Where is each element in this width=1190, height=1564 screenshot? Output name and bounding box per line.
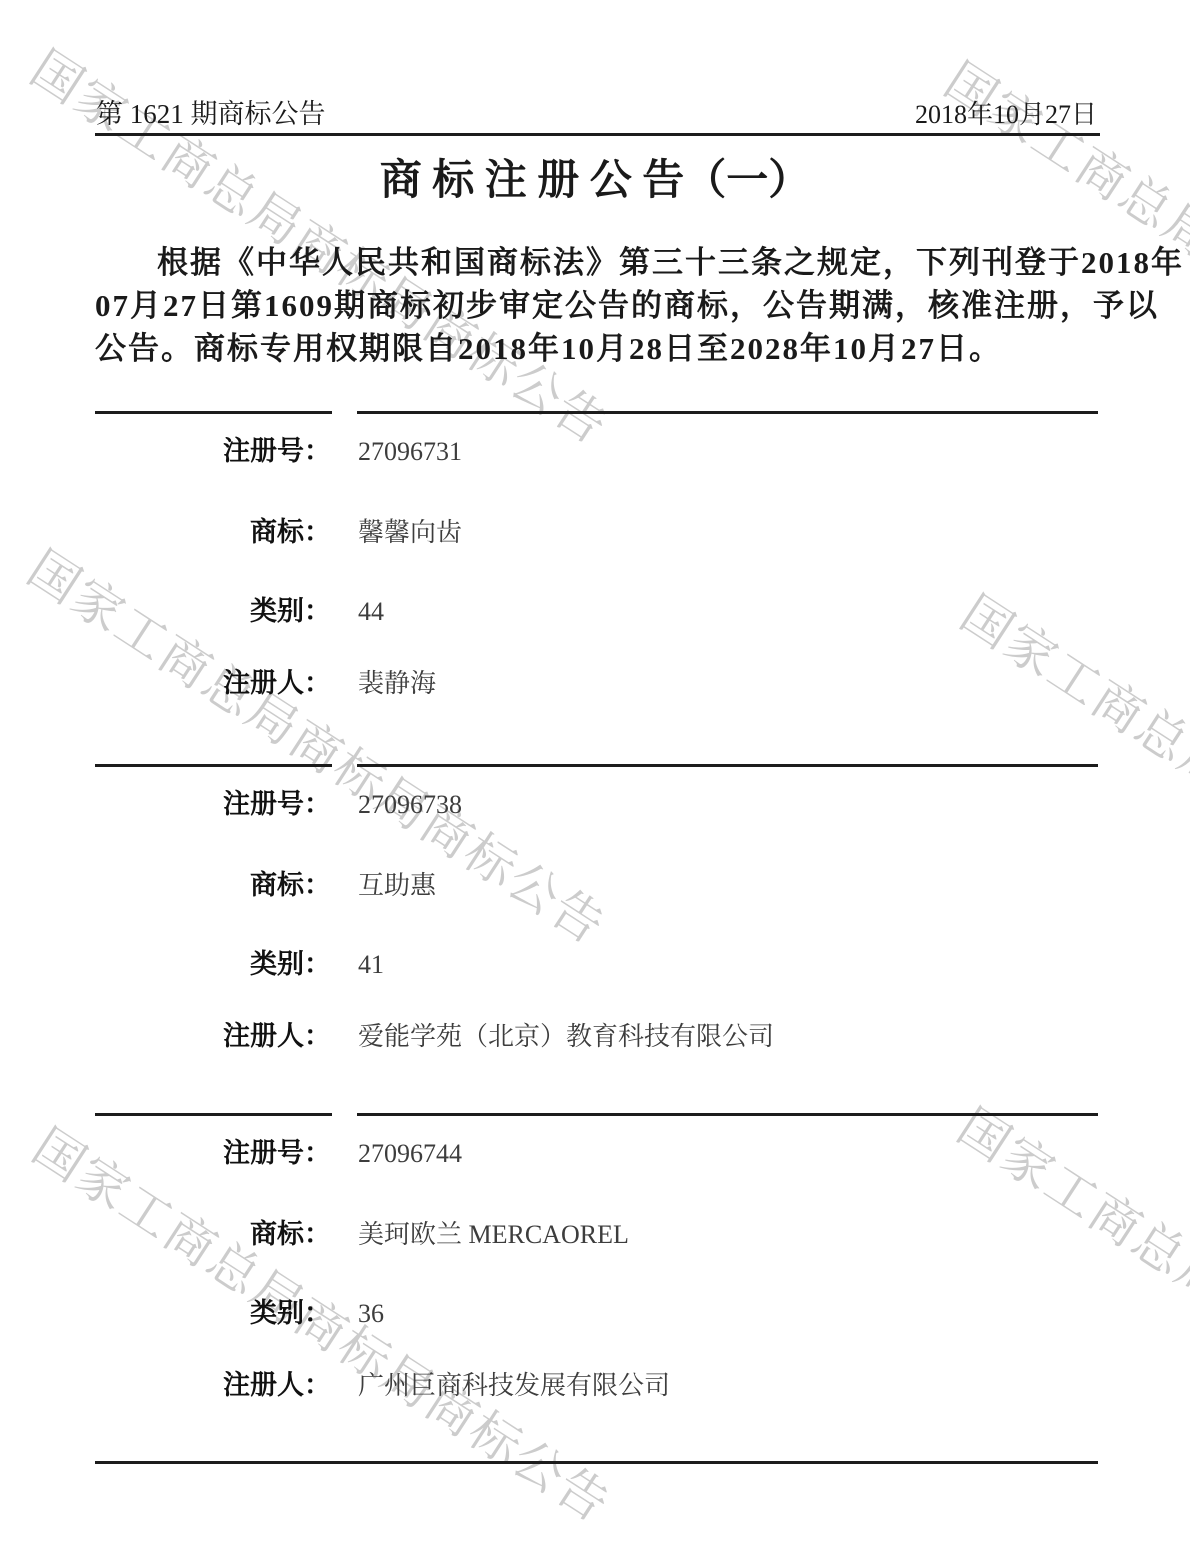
record-row-trademark: 商标：互助惠 <box>95 863 436 902</box>
record-row-registrant: 注册人：爱能学苑（北京）教育科技有限公司 <box>95 1014 774 1053</box>
field-value-registrant: 裴静海 <box>358 669 436 698</box>
field-label-trademark: 商标： <box>95 1212 331 1251</box>
header-rule <box>95 133 1100 136</box>
record-row-reg-no: 注册号：27096738 <box>95 782 462 821</box>
field-label-reg-no: 注册号： <box>95 782 331 821</box>
record-row-reg-no: 注册号：27096744 <box>95 1131 462 1170</box>
field-value-registrant: 广州巨商科技发展有限公司 <box>358 1371 670 1400</box>
intro-paragraph: 根据《中华人民共和国商标法》第三十三条之规定，下列刊登于2018年 07月27日… <box>95 241 1105 370</box>
field-value-category: 41 <box>358 950 384 979</box>
record-row-category: 类别：36 <box>95 1291 384 1330</box>
field-label-category: 类别： <box>95 589 331 628</box>
field-label-category: 类别： <box>95 942 331 981</box>
trademark-record: 注册号：27096744 商标：美珂欧兰 MERCAOREL 类别：36 注册人… <box>0 1115 1190 1465</box>
field-label-reg-no: 注册号： <box>95 429 331 468</box>
record-separator <box>95 1461 1098 1464</box>
field-value-reg-no: 27096744 <box>358 1139 462 1168</box>
field-label-registrant: 注册人： <box>95 1363 331 1402</box>
field-label-registrant: 注册人： <box>95 1014 331 1053</box>
field-value-trademark: 馨馨向齿 <box>358 518 462 547</box>
record-row-trademark: 商标：馨馨向齿 <box>95 510 462 549</box>
field-label-reg-no: 注册号： <box>95 1131 331 1170</box>
field-value-category: 36 <box>358 1299 384 1328</box>
field-label-category: 类别： <box>95 1291 331 1330</box>
gazette-page: 国家工商总局商标局商标公告 国家工商总局商标局商标公告 国家工商总局商标局商标公… <box>0 0 1190 1564</box>
field-value-reg-no: 27096731 <box>358 437 462 466</box>
gazette-date: 2018年10月27日 <box>915 94 1097 131</box>
trademark-record: 注册号：27096731 商标：馨馨向齿 类别：44 注册人：裴静海 <box>0 413 1190 763</box>
field-label-trademark: 商标： <box>95 863 331 902</box>
field-label-registrant: 注册人： <box>95 661 331 700</box>
field-value-category: 44 <box>358 597 384 626</box>
record-row-registrant: 注册人：广州巨商科技发展有限公司 <box>95 1363 670 1402</box>
intro-line: 根据《中华人民共和国商标法》第三十三条之规定，下列刊登于2018年 <box>95 241 1105 284</box>
trademark-record: 注册号：27096738 商标：互助惠 类别：41 注册人：爱能学苑（北京）教育… <box>0 766 1190 1116</box>
field-value-reg-no: 27096738 <box>358 790 462 819</box>
field-value-trademark: 美珂欧兰 MERCAOREL <box>358 1220 629 1249</box>
field-label-trademark: 商标： <box>95 510 331 549</box>
intro-line: 公告。商标专用权期限自2018年10月28日至2028年10月27日。 <box>95 327 1105 370</box>
field-value-registrant: 爱能学苑（北京）教育科技有限公司 <box>358 1022 774 1051</box>
gazette-issue-number: 第 1621 期商标公告 <box>96 92 326 131</box>
intro-line: 07月27日第1609期商标初步审定公告的商标，公告期满，核准注册，予以 <box>95 284 1105 327</box>
record-row-registrant: 注册人：裴静海 <box>95 661 436 700</box>
page-title: 商 标 注 册 公 告（一） <box>0 147 1190 207</box>
field-value-trademark: 互助惠 <box>358 871 436 900</box>
record-row-category: 类别：44 <box>95 589 384 628</box>
record-row-category: 类别：41 <box>95 942 384 981</box>
record-row-trademark: 商标：美珂欧兰 MERCAOREL <box>95 1212 629 1251</box>
record-row-reg-no: 注册号：27096731 <box>95 429 462 468</box>
